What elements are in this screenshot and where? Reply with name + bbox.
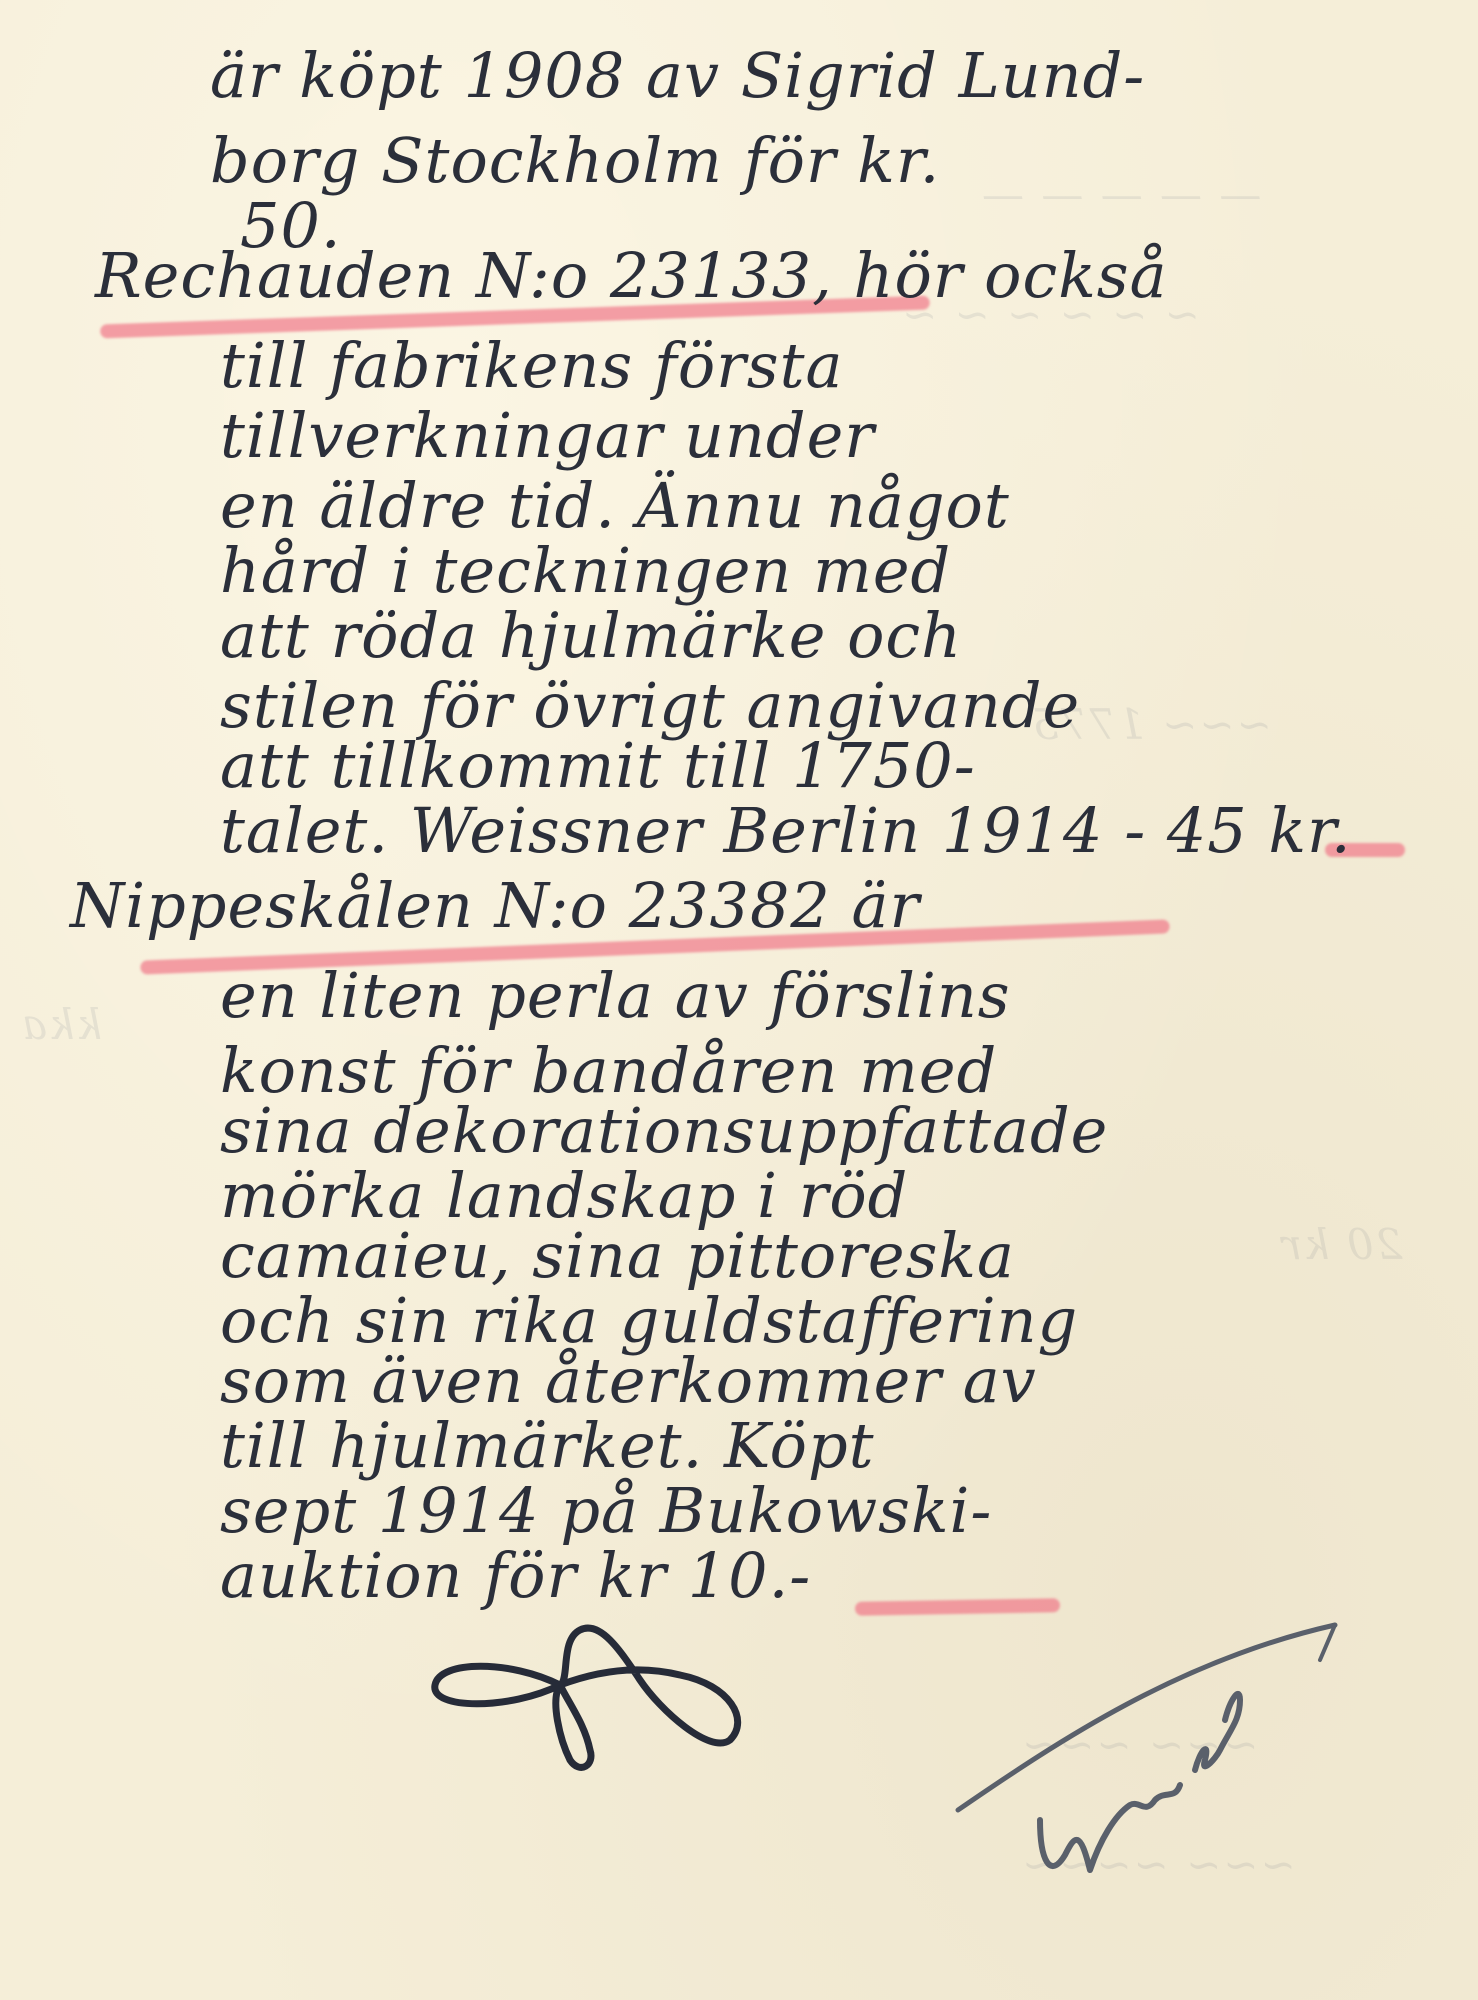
signature: Ernst [940, 1600, 1410, 1920]
text-line: camaieu, sina pittoreska [220, 1225, 1015, 1287]
text-line: mörka landskap i röd [220, 1165, 908, 1227]
text-line: auktion för kr 10.- [220, 1545, 811, 1607]
text-line: stilen för övrigt angivande [220, 675, 1080, 737]
text-line: talet. Weissner Berlin 1914 - 45 kr. [220, 800, 1352, 862]
text-line: Rechauden N:o 23133, hör också [95, 245, 1168, 307]
text-line: hård i teckningen med [220, 540, 951, 602]
text-line: och sin rika guldstaffering [220, 1290, 1078, 1352]
text-line: konst för bandåren med [220, 1040, 997, 1102]
text-line: till hjulmärket. Köpt [220, 1415, 875, 1477]
text-line: är köpt 1908 av Sigrid Lund- [210, 45, 1145, 107]
text-line: tillverkningar under [220, 405, 875, 467]
text-line: att tillkommit till 1750- [220, 735, 976, 797]
text-line: en äldre tid. Ännu något [220, 475, 1010, 537]
text-line: till fabrikens första [220, 335, 844, 397]
text-line: sept 1914 på Bukowski- [220, 1480, 992, 1542]
text-line: Nippeskålen N:o 23382 är [70, 875, 920, 937]
text-line: att röda hjulmärke och [220, 605, 962, 667]
text-line: borg Stockholm för kr. [210, 130, 940, 192]
text-line: som även återkommer av [220, 1350, 1037, 1412]
text-line: en liten perla av förslins [220, 965, 1011, 1027]
text-line: sina dekorationsuppfattade [220, 1100, 1108, 1162]
bow-flourish-icon [420, 1600, 900, 1820]
